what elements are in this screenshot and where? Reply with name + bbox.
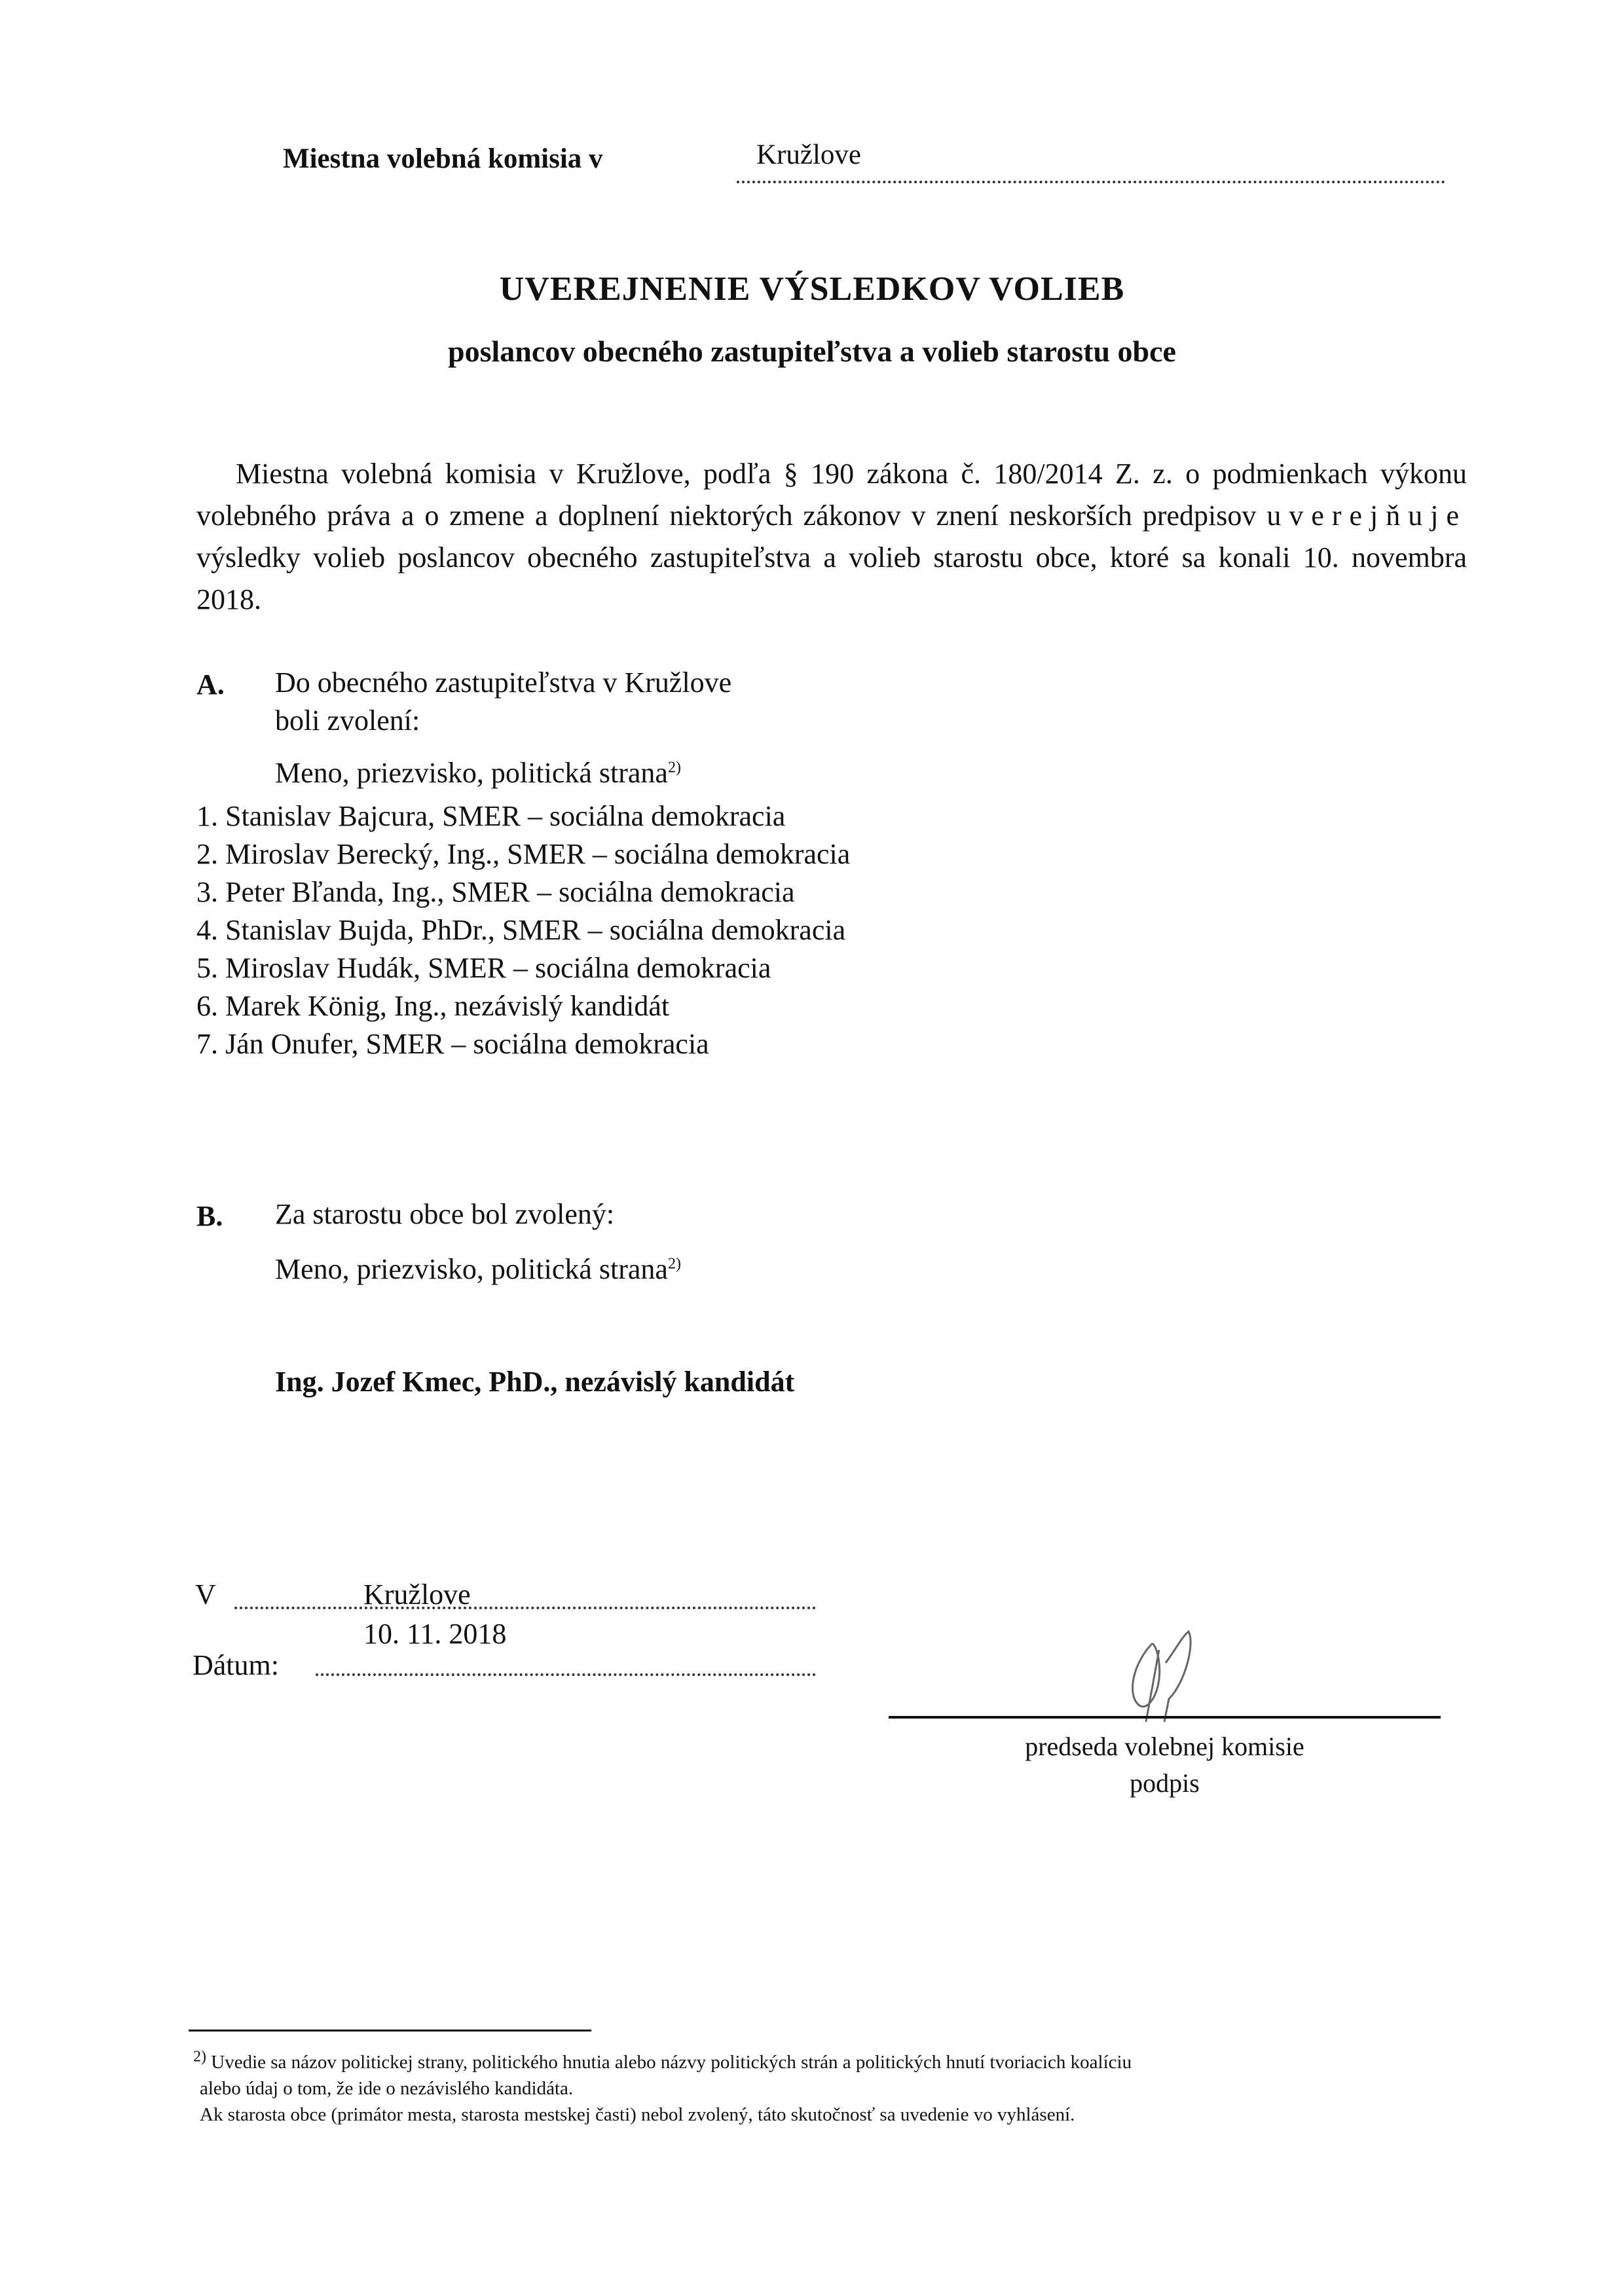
document-subtitle: poslancov obecného zastupiteľstva a voli… (0, 334, 1624, 369)
date-dotted-line (316, 1673, 816, 1676)
section-a-letter: A. (196, 668, 225, 701)
signature-caption-sign: podpis (889, 1765, 1441, 1802)
commission-label: Miestna volebná komisia v (283, 143, 603, 175)
section-b-column-label: Meno, priezvisko, politická strana2) (275, 1250, 681, 1288)
footnote: 2) Uvedie sa názov politickej strany, po… (193, 2049, 1477, 2128)
footnote-ref: 2) (668, 759, 681, 776)
section-b-heading: Za starostu obce bol zvolený: (275, 1195, 614, 1233)
footnote-divider (189, 2030, 591, 2032)
list-item: 1. Stanislav Bajcura, SMER – sociálna de… (196, 797, 850, 835)
footnote-line1: Uvedie sa názov politickej strany, polit… (211, 2052, 1132, 2073)
list-item: 2. Miroslav Berecký, Ing., SMER – sociál… (196, 835, 850, 873)
dotted-line (737, 181, 1445, 183)
date-value: 10. 11. 2018 (363, 1617, 506, 1650)
section-a-line2: boli zvolení: (275, 702, 731, 740)
list-item: 5. Miroslav Hudák, SMER – sociálna demok… (196, 949, 850, 987)
intro-spaced-word: uverejňuje (1266, 500, 1467, 532)
section-a-column-label: Meno, priezvisko, politická strana2) (275, 754, 681, 792)
list-item: 6. Marek König, Ing., nezávislý kandidát (196, 987, 850, 1025)
footnote-line3: Ak starosta obce (primátor mesta, staros… (193, 2102, 1477, 2128)
place-dotted-line (234, 1607, 816, 1609)
place-label: V (195, 1578, 216, 1611)
column-label-text: Meno, priezvisko, politická strana (275, 757, 668, 789)
footnote-marker: 2) (193, 2048, 206, 2065)
signature-caption-role: predseda volebnej komisie (889, 1728, 1441, 1765)
elected-mayor: Ing. Jozef Kmec, PhD., nezávislý kandidá… (275, 1365, 794, 1398)
section-a-heading: Do obecného zastupiteľstva v Kružlove bo… (275, 664, 731, 740)
column-label-text: Meno, priezvisko, politická strana (275, 1253, 668, 1285)
intro-paragraph: Miestna volebná komisia v Kružlove, podľ… (196, 453, 1467, 621)
section-a-line1: Do obecného zastupiteľstva v Kružlove (275, 664, 731, 702)
municipality-name: Kružlove (756, 139, 861, 171)
footnote-line2: alebo údaj o tom, že ide o nezávislého k… (193, 2075, 1477, 2102)
list-item: 7. Ján Onufer, SMER – sociálna demokraci… (196, 1025, 850, 1063)
footnote-ref: 2) (668, 1255, 681, 1272)
signature-icon (1113, 1624, 1218, 1728)
intro-text-after: výsledky volieb poslancov obecného zastu… (196, 541, 1467, 615)
section-b-letter: B. (196, 1199, 223, 1233)
date-label: Dátum: (193, 1649, 279, 1682)
list-item: 3. Peter Bľanda, Ing., SMER – sociálna d… (196, 873, 850, 911)
list-item: 4. Stanislav Bujda, PhDr., SMER – sociál… (196, 911, 850, 949)
document-title: UVEREJNENIE VÝSLEDKOV VOLIEB (0, 270, 1624, 308)
signature-line (889, 1716, 1441, 1719)
elected-members-list: 1. Stanislav Bajcura, SMER – sociálna de… (196, 797, 850, 1063)
